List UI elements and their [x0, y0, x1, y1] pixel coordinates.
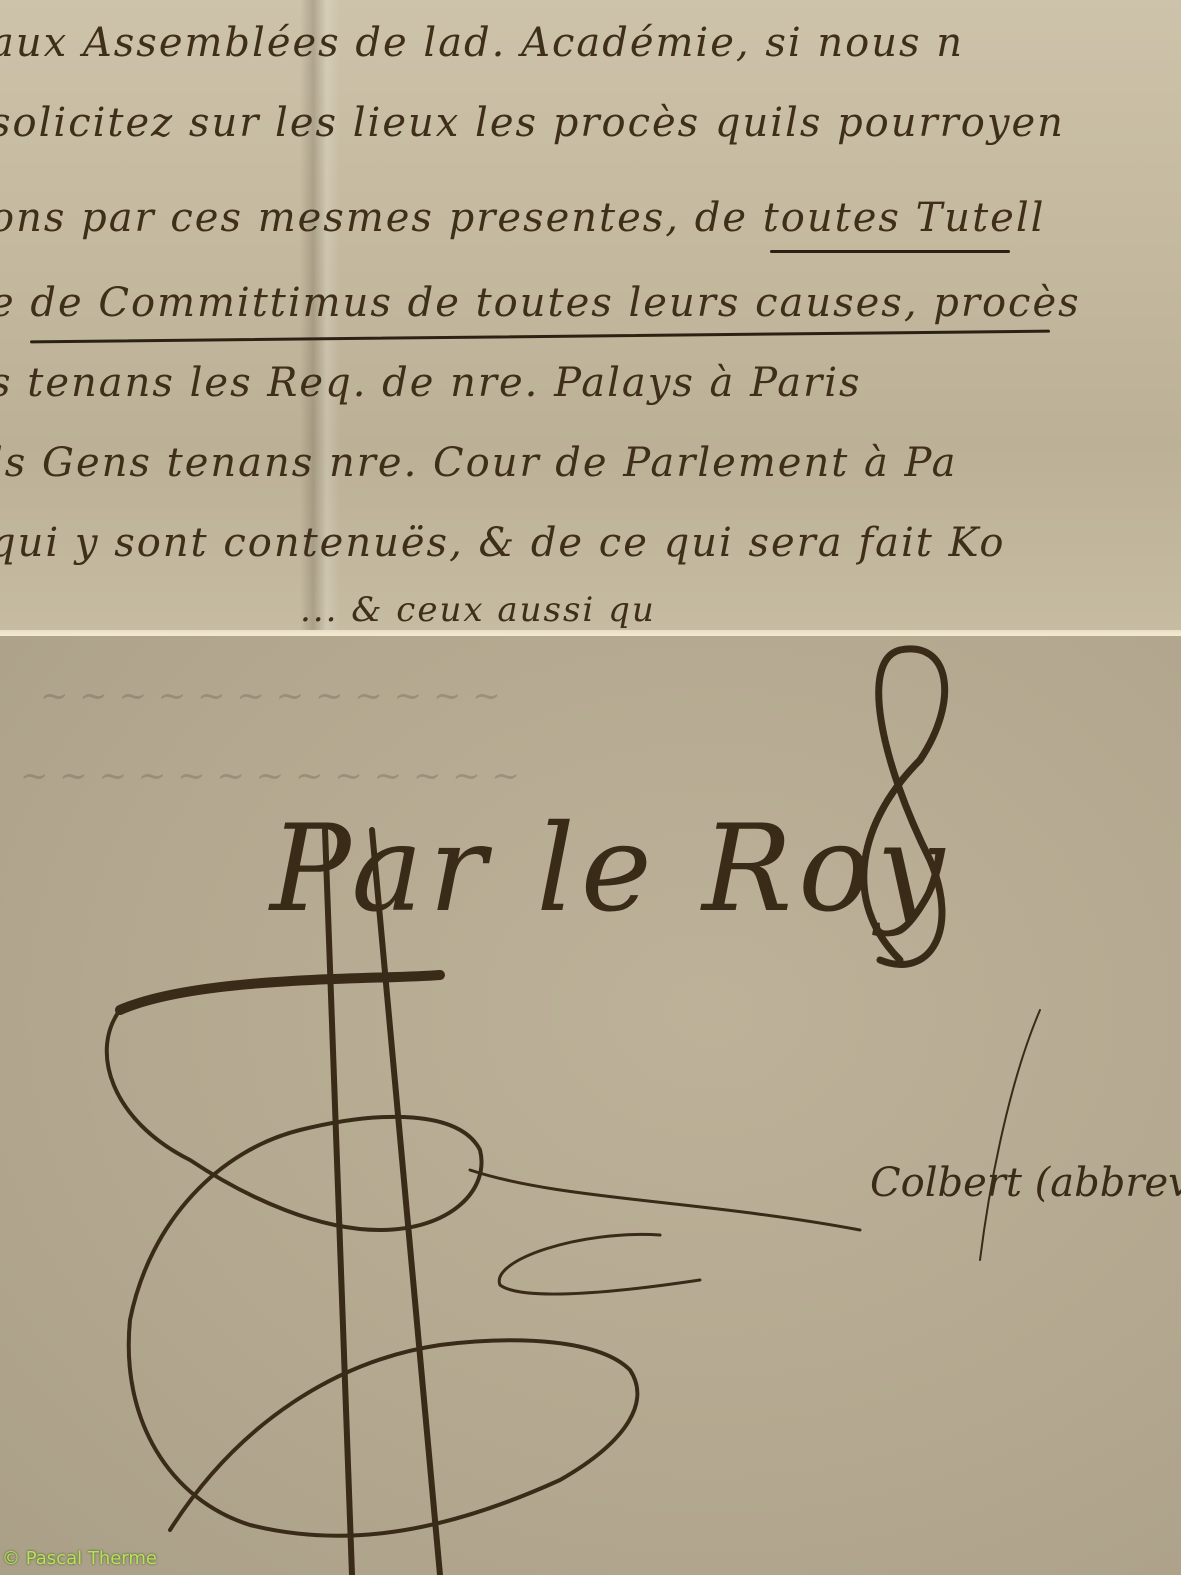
underline-committimus: [30, 330, 1050, 344]
manuscript-line-2: solicitez sur les lieux les procès quils…: [0, 100, 1065, 146]
manuscript-line-4: e de Committimus de toutes leurs causes,…: [0, 280, 1081, 326]
underline-toutes: [770, 250, 1010, 253]
countersignature: Colbert (abbrev.): [870, 1160, 1181, 1206]
manuscript-line-1: aux Assemblées de lad. Académie, si nous…: [0, 20, 964, 66]
photo-credit: © Pascal Therme: [2, 1548, 157, 1569]
manuscript-line-5: s tenans les Req. de nre. Palays à Paris: [0, 360, 862, 406]
manuscript-line-6: ls Gens tenans nre. Cour de Parlement à …: [0, 440, 958, 486]
manuscript-line-8: ... & ceux aussi qu: [300, 590, 656, 630]
manuscript-line-3: ons par ces mesmes presentes, de toutes …: [0, 195, 1045, 241]
upper-manuscript-sheet: aux Assemblées de lad. Académie, si nous…: [0, 0, 1181, 636]
signature-heading: Par le Roy: [270, 800, 950, 939]
lower-manuscript-sheet: ~ ~ ~ ~ ~ ~ ~ ~ ~ ~ ~ ~ ~ ~ ~ ~ ~ ~ ~ ~ …: [0, 636, 1181, 1575]
manuscript-line-7: qui y sont contenuës, & de ce qui sera f…: [0, 520, 1005, 566]
bleed-through-text: ~ ~ ~ ~ ~ ~ ~ ~ ~ ~ ~ ~: [40, 676, 501, 716]
bleed-through-text: ~ ~ ~ ~ ~ ~ ~ ~ ~ ~ ~ ~ ~: [20, 756, 520, 796]
